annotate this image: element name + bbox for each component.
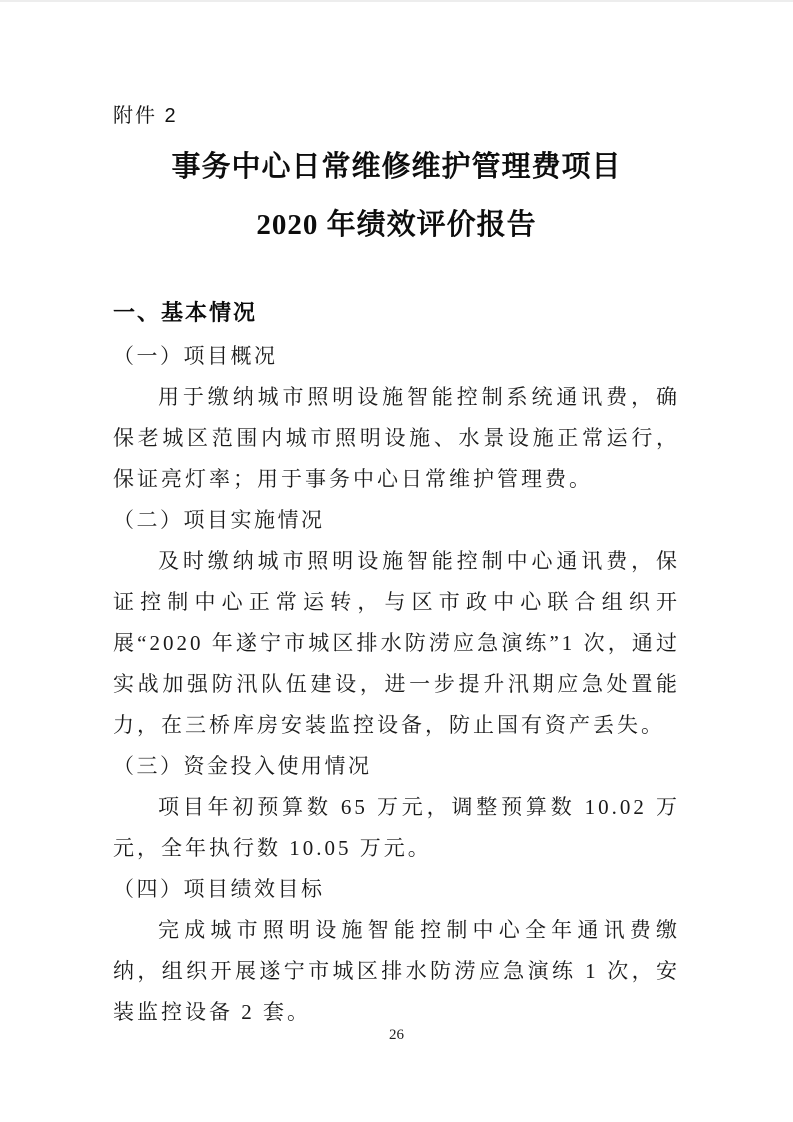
document-title-line-2: 2020 年绩效评价报告	[113, 206, 680, 244]
subsection-heading-fund-usage: （三）资金投入使用情况	[113, 746, 680, 787]
paragraph-fund-usage: 项目年初预算数 65 万元，调整预算数 10.02 万元，全年执行数 10.05…	[113, 787, 680, 869]
paragraph-project-overview: 用于缴纳城市照明设施智能控制系统通讯费，确保老城区范围内城市照明设施、水景设施正…	[113, 377, 680, 500]
subsection-heading-project-overview: （一）项目概况	[113, 336, 680, 377]
attachment-label: 附件 2	[113, 103, 680, 129]
paragraph-project-implementation: 及时缴纳城市照明设施智能控制中心通讯费，保证控制中心正常运转，与区市政中心联合组…	[113, 541, 680, 746]
section-heading-basic-situation: 一、基本情况	[113, 298, 680, 328]
document-page: 附件 2 事务中心日常维修维护管理费项目 2020 年绩效评价报告 一、基本情况…	[0, 0, 793, 1122]
document-title-line-1: 事务中心日常维修维护管理费项目	[113, 148, 680, 186]
paragraph-performance-goals: 完成城市照明设施智能控制中心全年通讯费缴纳，组织开展遂宁市城区排水防涝应急演练 …	[113, 910, 680, 1033]
subsection-heading-performance-goals: （四）项目绩效目标	[113, 869, 680, 910]
page-number: 26	[0, 1025, 793, 1045]
subsection-heading-project-implementation: （二）项目实施情况	[113, 500, 680, 541]
document-content: 附件 2 事务中心日常维修维护管理费项目 2020 年绩效评价报告 一、基本情况…	[113, 0, 680, 1033]
